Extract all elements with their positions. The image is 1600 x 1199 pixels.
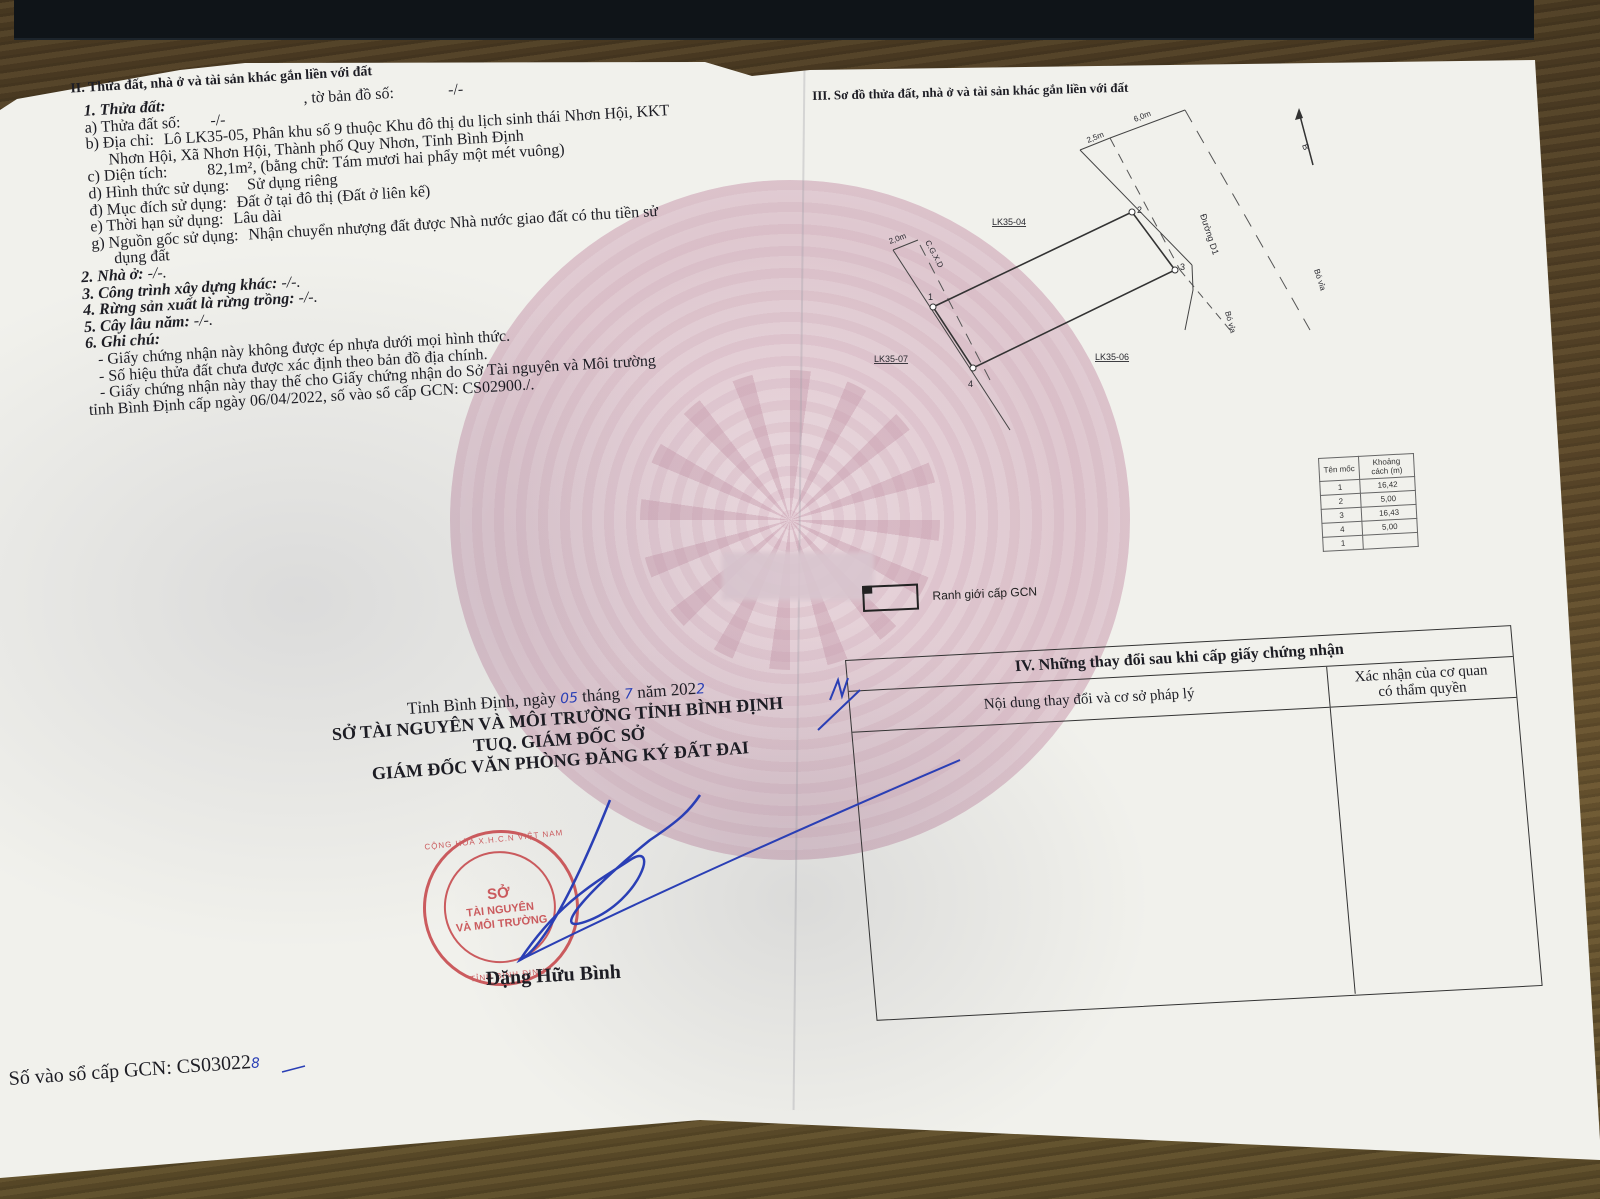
item5-value: -/-.: [193, 311, 213, 329]
parcel-number-value: -/-: [210, 111, 226, 129]
item4-value: -/-.: [298, 289, 318, 307]
section-land-parcel: II. Thửa đất, nhà ở và tài sản khác gắn …: [62, 47, 685, 419]
authority-confirmation-header: Xác nhận của cơ quancó thẩm quyền: [1327, 657, 1516, 708]
laptop-edge: [14, 0, 1534, 40]
boundary-legend-icon: [862, 584, 919, 612]
issue-year-digit: 2: [696, 681, 706, 698]
changes-table: IV. Những thay đổi sau khi cấp giấy chứn…: [845, 625, 1543, 1021]
col-distance: Khoảng cách (m): [1359, 453, 1415, 479]
legend-label: Ranh giới cấp GCN: [932, 584, 1037, 603]
item3-value: -/-.: [281, 273, 301, 291]
boundary-distance-table: Tên mốc Khoảng cách (m) 116,42 25,00 316…: [1318, 453, 1419, 552]
col-marker: Tên mốc: [1319, 456, 1360, 481]
address-line1-overflow: [251, 110, 252, 127]
item2-value: -/-.: [147, 264, 167, 282]
issue-month: 7: [624, 686, 634, 703]
issue-day: 05: [560, 690, 579, 707]
